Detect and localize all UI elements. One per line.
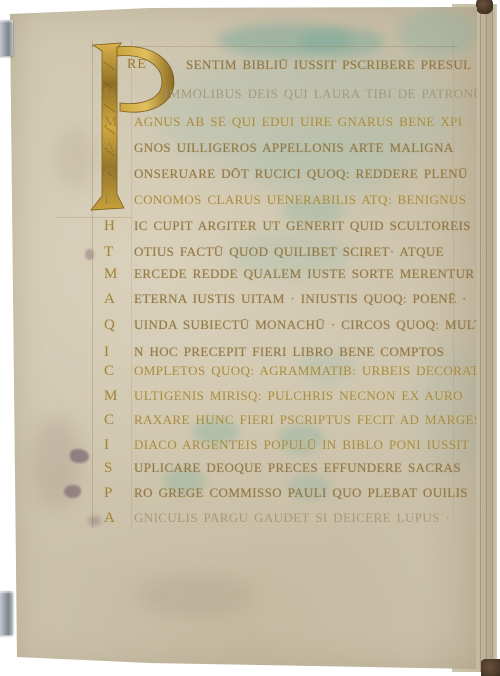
text-line: MULTIGENIS MIRISQ: PULCHRIS NECNON EX AU… [104, 388, 463, 410]
parchment-page: RE SENTIM BIBLIŪ IUSSIT PSCRIBERE PRESUL… [0, 0, 500, 676]
mounting-clip-bottom [0, 591, 13, 635]
ink-blot [88, 516, 101, 526]
showthrough-patch [398, 10, 476, 58]
line-text: UPLICARE DEOQUE PRECES EFFUNDERE SACRAS [134, 460, 461, 475]
line-text: RAXARE HUNC FIERI PSCRIPTUS FECIT AD MAR… [134, 412, 482, 427]
page-edge-line [492, 4, 493, 672]
line-text: OMPLETOS QUOQ: AGRAMMATIB: URBEIS DECORA… [134, 363, 491, 378]
text-line: COMPLETOS QUOQ: AGRAMMATIB: URBEIS DECOR… [104, 363, 491, 385]
line-text: AGNUS AB SE QUI EDUI UIRE GNARUS BENE XP… [134, 114, 463, 129]
page-edge-line [480, 4, 481, 672]
versal-initial: Q [104, 317, 134, 334]
versal-initial: A [104, 291, 134, 308]
versal-initial: A [104, 140, 134, 157]
text-line: IDIACO ARGENTEIS POPULŪ IN BIBLO PONI IU… [104, 437, 469, 459]
versal-initial: H [104, 218, 134, 235]
margin-stain [55, 128, 95, 188]
ink-blot [70, 449, 89, 463]
versal-initial: P [104, 485, 134, 502]
dropcap-inner-letters: RE [127, 57, 147, 73]
text-line: MAGNUS AB SE QUI EDUI UIRE GNARUS BENE X… [104, 114, 463, 136]
text-line: CONSERUARE DŌT RUCICI QUOQ: REDDERE PLEN… [104, 166, 468, 188]
line-text: ONSERUARE DŌT RUCICI QUOQ: REDDERE PLENŪ [134, 166, 468, 181]
text-line: QUINDA SUBIECTŪ MONACHŪ · CIRCOS QUOQ: M… [104, 317, 499, 339]
showthrough-crown [300, 28, 385, 56]
line-text: ETERNA IUSTIS UITAM · INIUSTIS QUOQ: POE… [134, 291, 467, 306]
text-line: MERCEDE REDDE QUALEM IUSTE SORTE MERENTU… [104, 266, 485, 288]
versal-initial: C [104, 363, 134, 380]
versal-initial: S [104, 460, 134, 477]
versal-initial: I [104, 437, 134, 454]
line-text: IC CUPIT ARGITER UT GENERIT QUID SCULTOR… [134, 218, 471, 233]
binding-knot-top [476, 0, 493, 14]
text-line: HIC CUPIT ARGITER UT GENERIT QUID SCULTO… [104, 218, 471, 240]
manuscript-photo: RE SENTIM BIBLIŪ IUSSIT PSCRIBERE PRESUL… [0, 0, 500, 676]
line-text: GNICULIS PARGU GAUDET SI DEICERE LUPUS · [134, 510, 450, 525]
ink-blot [64, 485, 81, 498]
line-text: CONOMOS CLARUS UENERABILIS ATQ: BENIGNUS [134, 192, 466, 207]
line-text: GNOS UILLIGEROS APPELLONIS ARTE MALIGNA [134, 140, 454, 155]
text-line: AGNICULIS PARGU GAUDET SI DEICERE LUPUS … [104, 510, 450, 532]
text-line: ICONOMOS CLARUS UENERABILIS ATQ: BENIGNU… [104, 192, 466, 214]
margin-stain [32, 415, 80, 510]
text-line: PRO GREGE COMMISSO PAULI QUO PLEBAT OUIL… [104, 485, 468, 507]
line-text: ULTIGENIS MIRISQ: PULCHRIS NECNON EX AUR… [134, 388, 463, 403]
versal-initial: M [104, 114, 134, 131]
versal-initial: U [104, 86, 134, 103]
line-text: IMMOLIBUS DEIS QUI LAURA TIBI DE PATRONŪ [164, 86, 483, 101]
binding-knot-bottom [481, 659, 500, 676]
versal-initial: C [104, 166, 134, 183]
text-line: UIMMOLIBUS DEIS QUI LAURA TIBI DE PATRON… [104, 86, 483, 108]
bottom-smudge [135, 575, 255, 617]
line-text: OTIUS FACTŪ QUOD QUILIBET SCIRET· ATQUE [134, 244, 444, 259]
versal-initial: T [104, 244, 134, 261]
versal-initial: C [104, 412, 134, 429]
line-text: ERCEDE REDDE QUALEM IUSTE SORTE MERENTUR… [134, 266, 485, 281]
line-text: N HOC PRECEPIT FIERI LIBRO BENE COMPTOS [134, 344, 444, 359]
text-line: AGNOS UILLIGEROS APPELLONIS ARTE MALIGNA [104, 140, 454, 162]
line-text: RO GREGE COMMISSO PAULI QUO PLEBAT OUILI… [134, 485, 468, 500]
line-text: DIACO ARGENTEIS POPULŪ IN BIBLO PONI IUS… [134, 437, 469, 452]
versal-initial: I [104, 192, 134, 209]
versal-initial: I [104, 344, 134, 361]
line-text: SENTIM BIBLIŪ IUSSIT PSCRIBERE PRESUL [186, 57, 472, 72]
versal-initial: M [104, 266, 134, 283]
mounting-clip-top [0, 20, 13, 56]
text-line: SUPLICARE DEOQUE PRECES EFFUNDERE SACRAS [104, 460, 461, 482]
versal-initial: A [104, 510, 134, 527]
text-line: TOTIUS FACTŪ QUOD QUILIBET SCIRET· ATQUE [104, 244, 444, 266]
text-line: CRAXARE HUNC FIERI PSCRIPTUS FECIT AD MA… [104, 412, 482, 434]
text-line: AETERNA IUSTIS UITAM · INIUSTIS QUOQ: PO… [104, 291, 467, 313]
showthrough-crown [218, 24, 353, 56]
page-edge-line [486, 4, 487, 672]
text-line: SENTIM BIBLIŪ IUSSIT PSCRIBERE PRESUL [186, 57, 472, 79]
ink-blot [85, 249, 94, 260]
versal-initial: M [104, 388, 134, 405]
line-text: UINDA SUBIECTŪ MONACHŪ · CIRCOS QUOQ: MU… [134, 317, 499, 332]
